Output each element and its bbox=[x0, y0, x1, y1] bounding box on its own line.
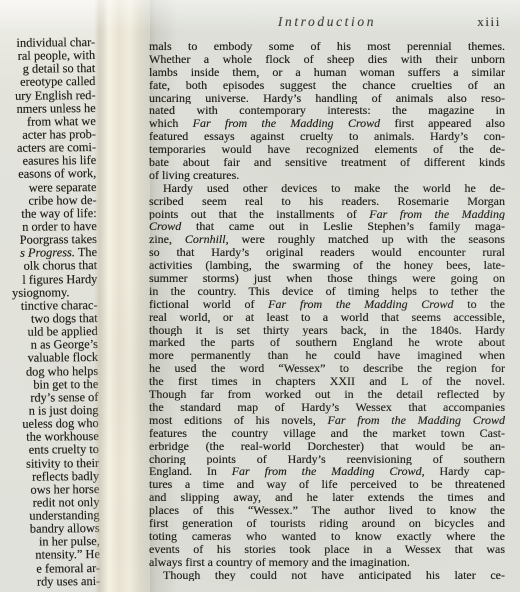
text-line: first generation of tourists riding arou… bbox=[149, 517, 505, 530]
text-line: he used the word “Wessex” to describe th… bbox=[149, 362, 505, 375]
text-run: Whether a whole flock of sheep dies with… bbox=[149, 53, 505, 66]
text-line: featured essays against cruelty to anima… bbox=[149, 130, 505, 143]
text-run: erbridge (the real-world Dorchester) tha… bbox=[149, 440, 505, 453]
text-line: points out that the installments of Far … bbox=[149, 208, 505, 221]
text-run: toting cameras who wanted to know exactl… bbox=[149, 530, 505, 543]
text-line: Crowd that came out in Leslie Stephen’s … bbox=[149, 220, 505, 233]
italic-text-run: Far from the Madding Crowd, bbox=[232, 465, 425, 478]
text-run: marked the parts of southern England he … bbox=[149, 336, 505, 349]
open-book-photo: individual char-ral people, withg detail… bbox=[0, 0, 520, 592]
text-line: in the country. This device of timing he… bbox=[149, 285, 505, 298]
italic-text-run: Far from the Madding Crowd bbox=[328, 414, 506, 427]
text-run: the standard map of Hardy’s Wessex that … bbox=[149, 401, 505, 414]
text-line: marked the parts of southern England he … bbox=[149, 336, 505, 349]
text-line: bate about fair and sensitive treatment … bbox=[149, 156, 505, 169]
text-run: to the bbox=[454, 298, 505, 311]
text-run: bate about fair and sensitive treatment … bbox=[149, 156, 505, 169]
italic-text-run: Cornhill, bbox=[185, 233, 229, 246]
text-run: first appeared also bbox=[380, 117, 505, 130]
text-line: more permanently than he could have imag… bbox=[149, 349, 505, 362]
text-line: places of this “Wessex.” The author live… bbox=[149, 504, 505, 517]
text-line: though it is set thirty years back, in t… bbox=[149, 324, 505, 337]
text-line: tures a time and way of life perceived t… bbox=[149, 478, 505, 491]
text-line: fictional world of Far from the Madding … bbox=[149, 298, 505, 311]
text-run: that came out in Leslie Stephen’s family… bbox=[181, 220, 505, 233]
italic-text-run: Crowd bbox=[149, 220, 181, 233]
text-line: real world, or at least to a world that … bbox=[149, 311, 505, 324]
text-run: so that Hardy’s original readers would e… bbox=[149, 246, 505, 259]
left-page: individual char-ral people, withg detail… bbox=[0, 0, 102, 592]
text-line: erbridge (the real-world Dorchester) tha… bbox=[149, 440, 505, 453]
right-page-text: mals to embody some of his most perennia… bbox=[149, 40, 505, 581]
text-line: events of his stories took place in a We… bbox=[149, 543, 505, 556]
text-line: and slipping away, and he later extends … bbox=[149, 491, 505, 504]
text-line: zine, Cornhill, were roughly matched up … bbox=[149, 233, 505, 246]
text-run: temporaries would have recognized elemen… bbox=[149, 143, 505, 156]
left-text-line: rdy uses ani- bbox=[0, 575, 100, 590]
text-line: choring points of Hardy’s reenvisioning … bbox=[149, 453, 505, 466]
text-line: features the country village and the mar… bbox=[149, 427, 505, 440]
text-line: which Far from the Madding Crowd first a… bbox=[149, 117, 505, 130]
text-line: toting cameras who wanted to know exactl… bbox=[149, 530, 505, 543]
text-line: Though they could not have anticipated h… bbox=[149, 569, 505, 582]
text-run: and slipping away, and he later extends … bbox=[149, 491, 505, 504]
text-run: he used the word “Wessex” to describe th… bbox=[149, 362, 505, 375]
text-run: more permanently than he could have imag… bbox=[149, 349, 505, 362]
text-run: most editions of his novels, bbox=[149, 414, 328, 427]
text-line: fate, both episodes suggest the chance c… bbox=[149, 79, 505, 92]
text-run: choring points of Hardy’s reenvisioning … bbox=[149, 453, 505, 466]
text-run: though it is set thirty years back, in t… bbox=[149, 324, 505, 337]
text-line: the standard map of Hardy’s Wessex that … bbox=[149, 401, 505, 414]
running-header: Introduction xiii bbox=[149, 13, 505, 31]
text-run: fate, both episodes suggest the chance c… bbox=[149, 79, 505, 92]
text-run: features the country village and the mar… bbox=[149, 427, 505, 440]
header-title: Introduction bbox=[149, 13, 505, 30]
page-number: xiii bbox=[477, 14, 501, 30]
text-run: Though far from worked out in the detail… bbox=[149, 388, 505, 401]
text-run: scribed seem real to his readers. Rosema… bbox=[149, 195, 505, 208]
text-run: Hardy cap- bbox=[425, 465, 505, 478]
text-run: uncaring universe. Hardy’s handling of a… bbox=[149, 92, 505, 105]
text-line: nated with contemporary interests: the m… bbox=[149, 104, 505, 117]
text-line: temporaries would have recognized elemen… bbox=[149, 143, 505, 156]
text-line: Hardy used other devices to make the wor… bbox=[149, 182, 505, 195]
text-run: events of his stories took place in a We… bbox=[149, 543, 505, 556]
text-run: Though they could not have anticipated h… bbox=[163, 569, 505, 582]
text-run: the first times in chapters XXII and L o… bbox=[149, 375, 505, 388]
text-run: featured essays against cruelty to anima… bbox=[149, 130, 505, 143]
text-run: first generation of tourists riding arou… bbox=[149, 517, 505, 530]
text-run: summer storms) just when those things we… bbox=[149, 272, 505, 285]
text-run: places of this “Wessex.” The author live… bbox=[149, 504, 505, 517]
text-run: of living creatures. bbox=[149, 169, 239, 182]
text-run: nated with contemporary interests: the m… bbox=[149, 104, 505, 117]
left-page-text: individual char-ral people, withg detail… bbox=[0, 36, 100, 590]
text-line: activities (lambing, the swarming of the… bbox=[149, 259, 505, 272]
text-run: rdy uses ani- bbox=[37, 574, 100, 589]
italic-text-run: Far from the Madding bbox=[369, 208, 505, 221]
text-run: points out that the installments of bbox=[149, 208, 369, 221]
text-line: Whether a whole flock of sheep dies with… bbox=[149, 53, 505, 66]
text-run: tures a time and way of life perceived t… bbox=[149, 478, 505, 491]
text-line: Though far from worked out in the detail… bbox=[149, 388, 505, 401]
text-run: which bbox=[149, 117, 193, 130]
italic-text-run: Far from the Madding Crowd bbox=[268, 298, 453, 311]
text-run: zine, bbox=[149, 233, 185, 246]
text-line: summer storms) just when those things we… bbox=[149, 272, 505, 285]
text-line: most editions of his novels, Far from th… bbox=[149, 414, 505, 427]
text-line: the first times in chapters XXII and L o… bbox=[149, 375, 505, 388]
text-run: in the country. This device of timing he… bbox=[149, 285, 505, 298]
text-run: The bbox=[75, 245, 97, 259]
text-line: scribed seem real to his readers. Rosema… bbox=[149, 195, 505, 208]
book-gutter bbox=[94, 0, 156, 592]
text-run: England. In bbox=[149, 465, 232, 478]
text-run: activities (lambing, the swarming of the… bbox=[149, 259, 505, 272]
text-line: of living creatures. bbox=[149, 169, 505, 182]
text-line: lambs inside them, or a human woman suff… bbox=[149, 66, 505, 79]
text-run: lambs inside them, or a human woman suff… bbox=[149, 66, 505, 79]
text-run: always first a country of memory and the… bbox=[149, 556, 410, 569]
text-run: were roughly matched up with the seasons bbox=[229, 233, 505, 246]
text-line: England. In Far from the Madding Crowd, … bbox=[149, 465, 505, 478]
italic-text-run: Far from the Madding Crowd bbox=[193, 117, 381, 130]
text-run: Hardy used other devices to make the wor… bbox=[163, 182, 505, 195]
text-run: real world, or at least to a world that … bbox=[149, 311, 505, 324]
text-run: fictional world of bbox=[149, 298, 268, 311]
text-line: always first a country of memory and the… bbox=[149, 556, 505, 569]
text-run: mals to embody some of his most perennia… bbox=[149, 40, 505, 53]
text-line: uncaring universe. Hardy’s handling of a… bbox=[149, 92, 505, 105]
text-line: so that Hardy’s original readers would e… bbox=[149, 246, 505, 259]
text-line: mals to embody some of his most perennia… bbox=[149, 40, 505, 53]
